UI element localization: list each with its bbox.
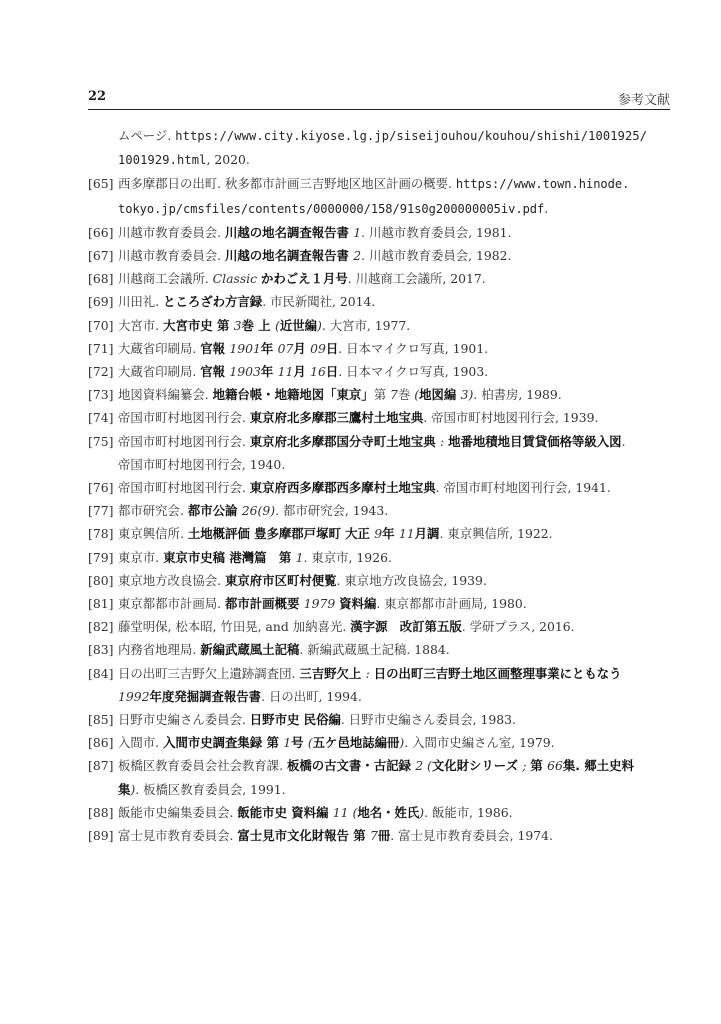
reference-line: 大蔵省印刷局. 官報 1901年 07月 09日. 日本マイクロ写真, 1901… [118, 337, 672, 360]
reference-item: [86]入間市. 入間市史調査集録 第 1号 (五ケ邑地誌編冊). 入間市史編さ… [88, 731, 672, 754]
reference-text: 1 [283, 735, 291, 750]
reference-item: [78]東京興信所. 土地概評価 豊多摩郡戸塚町 大正 9年 11月調. 東京興… [88, 522, 672, 545]
reference-title: 東京府市区町村便覧 [225, 573, 337, 588]
reference-text: 09 [310, 341, 326, 356]
reference-item: [75]帝国市町村地図刊行会. 東京府北多摩郡国分寺町土地宝典 : 地番地積地目… [88, 430, 672, 476]
reference-title: 飯能市史 資料編 [237, 805, 332, 820]
reference-text: . 柏書房, 1989. [473, 387, 561, 402]
reference-label: [84] [88, 662, 113, 685]
reference-line: 大蔵省印刷局. 官報 1903年 11月 16日. 日本マイクロ写真, 1903… [118, 360, 672, 383]
reference-text: 11 [399, 526, 415, 541]
reference-text: 第 [374, 387, 390, 402]
reference-text: . 日本マイクロ写真, 1901. [338, 341, 488, 356]
reference-line: 大宮市. 大宮市史 第 3巻 上 (近世編). 大宮市, 1977. [118, 314, 672, 337]
reference-label: [69] [88, 290, 113, 313]
reference-line: 東京市. 東京市史稿 港灣篇 第 1. 東京市, 1926. [118, 546, 672, 569]
reference-text: . 東京市, 1926. [304, 550, 392, 565]
reference-item: [82]藤堂明保, 松本昭, 竹田晃, and 加納喜光. 漢字源 改訂第五版.… [88, 615, 672, 638]
reference-text: . [544, 201, 548, 216]
reference-line: 川越商工会議所. Classic かわごえ１月号. 川越商工会議所, 2017. [118, 267, 672, 290]
reference-line: 入間市. 入間市史調査集録 第 1号 (五ケ邑地誌編冊). 入間市史編さん室, … [118, 731, 672, 754]
reference-title: 月調 [415, 526, 440, 541]
reference-title: 新編武蔵風土記稿 [200, 642, 299, 657]
reference-text: . 川越商工会議所, 2017. [348, 271, 486, 286]
reference-line: 内務省地理局. 新編武蔵風土記稿. 新編武蔵風土記稿. 1884. [118, 638, 672, 661]
reference-item: [84]日の出町三吉野欠上遺跡調査団. 三吉野欠上 : 日の出町三吉野土地区画整… [88, 662, 672, 708]
reference-title: かわごえ１月号 [261, 271, 348, 286]
reference-title: 土地概評価 豊多摩郡戸塚町 大正 [188, 526, 374, 541]
reference-text: . 川越市教育委員会, 1981. [361, 225, 511, 240]
reference-title: 年 [382, 526, 399, 541]
reference-text: 66 [547, 758, 563, 773]
reference-label: [87] [88, 754, 113, 777]
reference-label: [81] [88, 592, 113, 615]
reference-line: 富士見市教育委員会. 富士見市文化財報告 第 7冊. 富士見市教育委員会, 19… [118, 824, 672, 847]
reference-list: ムページ. https://www.city.kiyose.lg.jp/sise… [88, 124, 672, 847]
reference-text: . 東京地方改良協会, 1939. [337, 573, 487, 588]
reference-text: 26(9) [242, 503, 275, 518]
reference-line: tokyo.jp/cmsfiles/contents/0000000/158/9… [118, 197, 672, 221]
reference-title: 月 [293, 341, 310, 356]
reference-item: [71]大蔵省印刷局. 官報 1901年 07月 09日. 日本マイクロ写真, … [88, 337, 672, 360]
reference-label: [67] [88, 244, 113, 267]
reference-label: [76] [88, 476, 113, 499]
reference-line: 帝国市町村地図刊行会. 東京府西多摩郡西多摩村土地宝典. 帝国市町村地図刊行会,… [118, 476, 672, 499]
reference-text: . 日本マイクロ写真, 1903. [338, 364, 488, 379]
reference-title: 板橋の古文書・古記録 [287, 758, 415, 773]
reference-text: 7 [390, 387, 398, 402]
reference-item: [68]川越商工会議所. Classic かわごえ１月号. 川越商工会議所, 2… [88, 267, 672, 290]
reference-title: 近世編 [280, 318, 317, 333]
reference-line: 集). 板橋区教育委員会, 1991. [118, 778, 672, 801]
reference-text: 東京地方改良協会. [118, 573, 225, 588]
reference-text: 2 [353, 248, 361, 263]
reference-text: . 大宮市, 1977. [322, 318, 410, 333]
reference-item: [80]東京地方改良協会. 東京府市区町村便覧. 東京地方改良協会, 1939. [88, 569, 672, 592]
reference-title: 年 [261, 364, 278, 379]
reference-item: [76]帝国市町村地図刊行会. 東京府西多摩郡西多摩村土地宝典. 帝国市町村地図… [88, 476, 672, 499]
reference-label: [86] [88, 731, 113, 754]
reference-label: [80] [88, 569, 113, 592]
reference-text: 地図資料編纂会. [118, 387, 213, 402]
reference-label: [73] [88, 383, 113, 406]
reference-text: 巻 [398, 387, 414, 402]
reference-text: : [440, 434, 448, 449]
reference-text: 07 [278, 341, 294, 356]
reference-text: 東京市. [118, 550, 163, 565]
reference-text: 3) [461, 387, 474, 402]
reference-line: 川越市教育委員会. 川越の地名調査報告書 2. 川越市教育委員会, 1982. [118, 244, 672, 267]
reference-text: 大蔵省印刷局. [118, 364, 200, 379]
reference-label: [88] [88, 801, 113, 824]
reference-text: . 富士見市教育委員会, 1974. [390, 828, 553, 843]
reference-text: . 川越市教育委員会, 1982. [361, 248, 511, 263]
running-head: 参考文献 [618, 89, 670, 108]
reference-title: 日 [326, 341, 338, 356]
reference-text: 11 ( [333, 805, 358, 820]
reference-title: 巻 上 [242, 318, 275, 333]
reference-continuation: ムページ. https://www.city.kiyose.lg.jp/sise… [88, 124, 672, 172]
reference-title: 地図編 [419, 387, 461, 402]
reference-text: 入間市. [118, 735, 163, 750]
reference-text: . 飯能市, 1986. [424, 805, 512, 820]
reference-title: 東京市史稿 港灣篇 第 [163, 550, 296, 565]
reference-title: 五ケ邑地誌編冊 [313, 735, 400, 750]
reference-text: 川田礼. [118, 294, 163, 309]
reference-title: 大宮市史 第 [163, 318, 234, 333]
reference-text: . 都市研究会, 1943. [275, 503, 388, 518]
reference-item: [89]富士見市教育委員会. 富士見市文化財報告 第 7冊. 富士見市教育委員会… [88, 824, 672, 847]
reference-title: 川越の地名調査報告書 [225, 225, 353, 240]
reference-text: 川越市教育委員会. [118, 248, 225, 263]
reference-text: 帝国市町村地図刊行会. [118, 480, 250, 495]
reference-line: 川越市教育委員会. 川越の地名調査報告書 1. 川越市教育委員会, 1981. [118, 221, 672, 244]
reference-label: [68] [88, 267, 113, 290]
reference-item: [66]川越市教育委員会. 川越の地名調査報告書 1. 川越市教育委員会, 19… [88, 221, 672, 244]
reference-text: 1901 [229, 341, 261, 356]
reference-text: . 日の出町, 1994. [261, 689, 362, 704]
reference-label: [79] [88, 546, 113, 569]
reference-label: [70] [88, 314, 113, 337]
reference-label: [74] [88, 406, 113, 429]
reference-line: 日野市史編さん委員会. 日野市史 民俗編. 日野市史編さん委員会, 1983. [118, 708, 672, 731]
reference-label: [77] [88, 499, 113, 522]
reference-text: 飯能市史編集委員会. [118, 805, 237, 820]
reference-label: [85] [88, 708, 113, 731]
reference-title: 文化財シリーズ [432, 758, 522, 773]
reference-line: 東京興信所. 土地概評価 豊多摩郡戸塚町 大正 9年 11月調. 東京興信所, … [118, 522, 672, 545]
reference-line: 藤堂明保, 松本昭, 竹田晃, and 加納喜光. 漢字源 改訂第五版. 学研プ… [118, 615, 672, 638]
reference-title: 日 [326, 364, 338, 379]
reference-text: 帝国市町村地図刊行会. [118, 434, 250, 449]
reference-title: 地番地積地目賃貸価格等級入図 [448, 434, 621, 449]
reference-item: [65]西多摩郡日の出町. 秋多都市計画三吉野地区地区計画の概要. https:… [88, 172, 672, 220]
reference-text: 板橋区教育委員会社会教育課. [118, 758, 287, 773]
reference-text: . 帝国市町村地図刊行会, 1941. [436, 480, 611, 495]
reference-text: 11 [278, 364, 294, 379]
reference-item: [70]大宮市. 大宮市史 第 3巻 上 (近世編). 大宮市, 1977. [88, 314, 672, 337]
reference-text: 川越市教育委員会. [118, 225, 225, 240]
reference-label: [75] [88, 430, 113, 453]
reference-url[interactable]: 1001929.html [118, 153, 207, 167]
reference-line: 板橋区教育委員会社会教育課. 板橋の古文書・古記録 2 (文化財シリーズ ; 第… [118, 754, 672, 777]
reference-title: 地名・姓氏 [357, 805, 419, 820]
reference-title: 都市計画概要 [225, 596, 304, 611]
reference-title: 川越の地名調査報告書 [225, 248, 353, 263]
reference-item: [85]日野市史編さん委員会. 日野市史 民俗編. 日野市史編さん委員会, 19… [88, 708, 672, 731]
reference-text: ムページ. [118, 128, 175, 143]
reference-text: 内務省地理局. [118, 642, 200, 657]
reference-title: 冊 [378, 828, 390, 843]
reference-text: . 入間市史編さん室, 1979. [404, 735, 554, 750]
reference-title: 日の出町三吉野土地区画整理事業にともなう [374, 666, 622, 681]
reference-line: ムページ. https://www.city.kiyose.lg.jp/sise… [118, 124, 672, 148]
reference-title: 年度発掘調査報告書 [150, 689, 262, 704]
reference-label: [66] [88, 221, 113, 244]
reference-item: [74]帝国市町村地図刊行会. 東京府北多摩郡三鷹村土地宝典. 帝国市町村地図刊… [88, 406, 672, 429]
reference-text: 1992 [118, 689, 150, 704]
reference-line: 帝国市町村地図刊行会, 1940. [118, 453, 672, 476]
reference-text: 帝国市町村地図刊行会, 1940. [118, 457, 285, 472]
reference-text: . 新編武蔵風土記稿. 1884. [299, 642, 449, 657]
reference-title: 第 [530, 758, 547, 773]
reference-label: [72] [88, 360, 113, 383]
reference-text: 1979 [304, 596, 339, 611]
reference-line: 1992年度発掘調査報告書. 日の出町, 1994. [118, 685, 672, 708]
reference-line: 帝国市町村地図刊行会. 東京府北多摩郡国分寺町土地宝典 : 地番地積地目賃貸価格… [118, 430, 672, 453]
reference-title: 都市公論 [188, 503, 242, 518]
page-header: 22 参考文献 [88, 89, 670, 110]
reference-text: 藤堂明保, 松本昭, 竹田晃, and 加納喜光. [118, 619, 350, 634]
reference-text: 帝国市町村地図刊行会. [118, 410, 250, 425]
reference-item: [73]地図資料編纂会. 地籍台帳・地籍地図「東京」第 7巻 (地図編 3). … [88, 383, 672, 406]
reference-item: [72]大蔵省印刷局. 官報 1903年 11月 16日. 日本マイクロ写真, … [88, 360, 672, 383]
reference-line: 飯能市史編集委員会. 飯能市史 資料編 11 (地名・姓氏). 飯能市, 198… [118, 801, 672, 824]
reference-item: [87]板橋区教育委員会社会教育課. 板橋の古文書・古記録 2 (文化財シリーズ… [88, 754, 672, 800]
reference-text: 日の出町三吉野欠上遺跡調査団. [118, 666, 299, 681]
reference-line: 川田礼. ところざわ方言録. 市民新聞社, 2014. [118, 290, 672, 313]
reference-title: 漢字源 改訂第五版 [350, 619, 462, 634]
reference-text: : [366, 666, 374, 681]
reference-title: 日野市史 民俗編 [250, 712, 341, 727]
reference-text: 1903 [229, 364, 261, 379]
reference-text: 3 [234, 318, 242, 333]
reference-item: [69]川田礼. ところざわ方言録. 市民新聞社, 2014. [88, 290, 672, 313]
reference-label: [83] [88, 638, 113, 661]
reference-text: . 東京都都市計画局, 1980. [376, 596, 526, 611]
reference-line: 地図資料編纂会. 地籍台帳・地籍地図「東京」第 7巻 (地図編 3). 柏書房,… [118, 383, 672, 406]
reference-text: 2 ( [415, 758, 432, 773]
reference-title: 入間市史調査集録 第 [163, 735, 283, 750]
reference-item: [67]川越市教育委員会. 川越の地名調査報告書 2. 川越市教育委員会, 19… [88, 244, 672, 267]
reference-text: , 2020. [207, 152, 250, 167]
reference-text: Classic [213, 271, 261, 286]
reference-url[interactable]: https://www.city.kiyose.lg.jp/siseijouho… [175, 129, 647, 143]
reference-text: 大蔵省印刷局. [118, 341, 200, 356]
reference-label: [82] [88, 615, 113, 638]
reference-title: 号 [291, 735, 308, 750]
reference-title: 東京府西多摩郡西多摩村土地宝典 [250, 480, 436, 495]
reference-title: 資料編 [339, 596, 376, 611]
reference-text: 日野市史編さん委員会. [118, 712, 250, 727]
reference-label: [78] [88, 522, 113, 545]
reference-line: 日の出町三吉野欠上遺跡調査団. 三吉野欠上 : 日の出町三吉野土地区画整理事業に… [118, 662, 672, 685]
reference-title: 集. 郷土史料 [563, 758, 634, 773]
reference-line: 都市研究会. 都市公論 26(9). 都市研究会, 1943. [118, 499, 672, 522]
reference-text: 都市研究会. [118, 503, 188, 518]
reference-item: [88]飯能市史編集委員会. 飯能市史 資料編 11 (地名・姓氏). 飯能市,… [88, 801, 672, 824]
reference-text: . 板橋区教育委員会, 1991. [135, 782, 285, 797]
reference-title: ところざわ方言録 [163, 294, 262, 309]
reference-text: 1 [353, 225, 361, 240]
reference-title: 東京府北多摩郡国分寺町土地宝典 [250, 434, 440, 449]
reference-title: 官報 [200, 341, 229, 356]
reference-title: 年 [261, 341, 278, 356]
reference-title: 月 [293, 364, 310, 379]
reference-text: . 学研プラス, 2016. [462, 619, 575, 634]
reference-text: 16 [310, 364, 326, 379]
reference-text: . [622, 434, 626, 449]
reference-text: . 市民新聞社, 2014. [262, 294, 375, 309]
reference-title: 富士見市文化財報告 第 [237, 828, 370, 843]
reference-title: 集 [118, 782, 130, 797]
reference-text: 東京興信所. [118, 526, 188, 541]
reference-title: 地籍台帳・地籍地図「東京」 [213, 387, 374, 402]
reference-line: 東京都都市計画局. 都市計画概要 1979 資料編. 東京都都市計画局, 198… [118, 592, 672, 615]
reference-line: 西多摩郡日の出町. 秋多都市計画三吉野地区地区計画の概要. https://ww… [118, 172, 672, 196]
reference-line: 東京地方改良協会. 東京府市区町村便覧. 東京地方改良協会, 1939. [118, 569, 672, 592]
reference-label: [89] [88, 824, 113, 847]
reference-item: [79]東京市. 東京市史稿 港灣篇 第 1. 東京市, 1926. [88, 546, 672, 569]
reference-text: 川越商工会議所. [118, 271, 213, 286]
reference-item: [77]都市研究会. 都市公論 26(9). 都市研究会, 1943. [88, 499, 672, 522]
reference-line: 1001929.html, 2020. [118, 148, 672, 172]
reference-text: 1 [296, 550, 304, 565]
reference-text: 大宮市. [118, 318, 163, 333]
reference-item: [83]内務省地理局. 新編武蔵風土記稿. 新編武蔵風土記稿. 1884. [88, 638, 672, 661]
reference-text: 9 [374, 526, 382, 541]
reference-title: 官報 [200, 364, 229, 379]
reference-text: 西多摩郡日の出町. 秋多都市計画三吉野地区地区計画の概要. [118, 176, 456, 191]
reference-title: 三吉野欠上 [299, 666, 365, 681]
reference-text: 7 [370, 828, 378, 843]
page-number: 22 [88, 89, 106, 104]
reference-item: [81]東京都都市計画局. 都市計画概要 1979 資料編. 東京都都市計画局,… [88, 592, 672, 615]
reference-text: . 帝国市町村地図刊行会, 1939. [423, 410, 598, 425]
reference-text: 富士見市教育委員会. [118, 828, 237, 843]
reference-label: [71] [88, 337, 113, 360]
reference-label: [65] [88, 172, 113, 195]
reference-url[interactable]: https://www.town.hinode. [456, 177, 629, 191]
reference-text: . 東京興信所, 1922. [439, 526, 552, 541]
reference-url[interactable]: tokyo.jp/cmsfiles/contents/0000000/158/9… [118, 202, 544, 216]
reference-text: 東京都都市計画局. [118, 596, 225, 611]
reference-title: 東京府北多摩郡三鷹村土地宝典 [250, 410, 423, 425]
reference-text: . 日野市史編さん委員会, 1983. [341, 712, 516, 727]
reference-line: 帝国市町村地図刊行会. 東京府北多摩郡三鷹村土地宝典. 帝国市町村地図刊行会, … [118, 406, 672, 429]
